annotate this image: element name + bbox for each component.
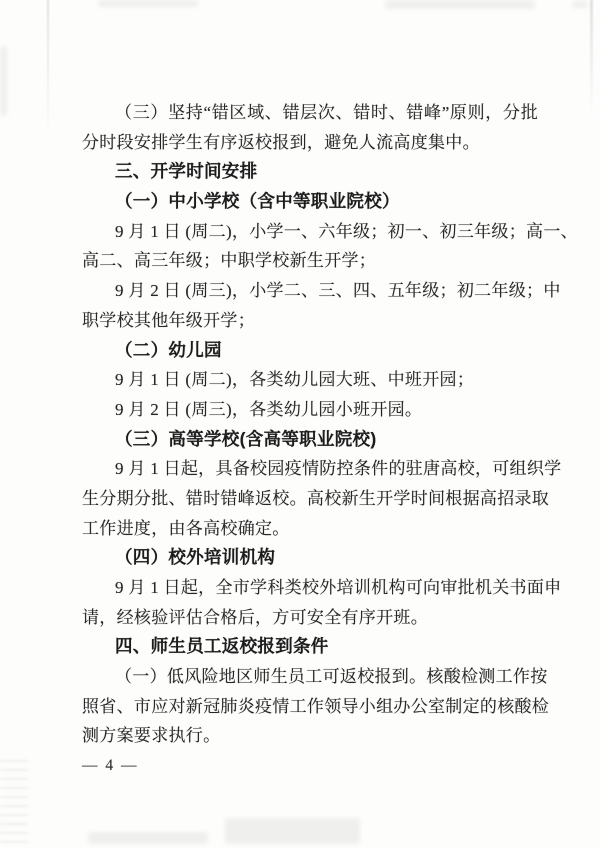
paragraph-line: 分时段安排学生有序返校报到，避免人流高度集中。 [82,128,538,158]
scan-artifact-top-right [385,0,535,9]
paragraph-line: 职学校其他年级开学； [82,306,538,336]
paragraph-line: 请，经核验评估合格后，方可安全有序开班。 [82,603,538,633]
scan-artifact-top-corner [572,1,588,8]
paragraph-line: 9 月 1 日 (周二)，小学一、六年级；初一、初三年级；高一、 [82,217,538,247]
section-heading: （二）幼儿园 [82,336,538,366]
section-heading: 三、开学时间安排 [82,157,538,187]
paragraph-line: 9 月 2 日 (周三)，各类幼儿园小班开园。 [82,395,538,425]
section-heading: （三）高等学校(含高等职业院校) [82,425,538,455]
scan-artifact-left-edge [0,46,7,116]
paragraph-line: 9 月 2 日 (周三)，小学二、三、四、五年级；初二年级；中 [82,276,538,306]
scan-artifact-top-left [98,0,198,7]
scan-artifact-bottom-band [225,818,360,844]
page-number: — 4 — [82,751,538,781]
scan-artifact-bottom-left [0,760,28,848]
scan-artifact-left-line [47,0,49,140]
scan-artifact-right-line [590,0,593,115]
paragraph-line: 9 月 1 日起，全市学科类校外培训机构可向审批机关书面申 [82,573,538,603]
scanned-document-page: （三）坚持“错区域、错层次、错时、错峰”原则，分批 分时段安排学生有序返校报到，… [0,0,600,848]
section-heading: （一）中小学校（含中等职业院校） [82,187,538,217]
section-heading: 四、师生员工返校报到条件 [82,632,538,662]
paragraph-line: 9 月 1 日起，具备校园疫情防控条件的驻唐高校，可组织学 [82,454,538,484]
paragraph-line: 9 月 1 日 (周二)，各类幼儿园大班、中班开园； [82,365,538,395]
scan-artifact-bottom-smudge [88,832,208,844]
paragraph-line: （三）坚持“错区域、错层次、错时、错峰”原则，分批 [82,98,538,128]
section-heading: （四）校外培训机构 [82,543,538,573]
paragraph-line: 高二、高三年级；中职学校新生开学； [82,246,538,276]
paragraph-line: （一）低风险地区师生员工可返校报到。核酸检测工作按 [82,662,538,692]
paragraph-line: 生分期分批、错时错峰返校。高校新生开学时间根据高招录取 [82,484,538,514]
paragraph-line: 照省、市应对新冠肺炎疫情工作领导小组办公室制定的核酸检 [82,692,538,722]
paragraph-line: 测方案要求执行。 [82,721,538,751]
paragraph-line: 工作进度，由各高校确定。 [82,514,538,544]
document-body: （三）坚持“错区域、错层次、错时、错峰”原则，分批 分时段安排学生有序返校报到，… [82,98,538,781]
